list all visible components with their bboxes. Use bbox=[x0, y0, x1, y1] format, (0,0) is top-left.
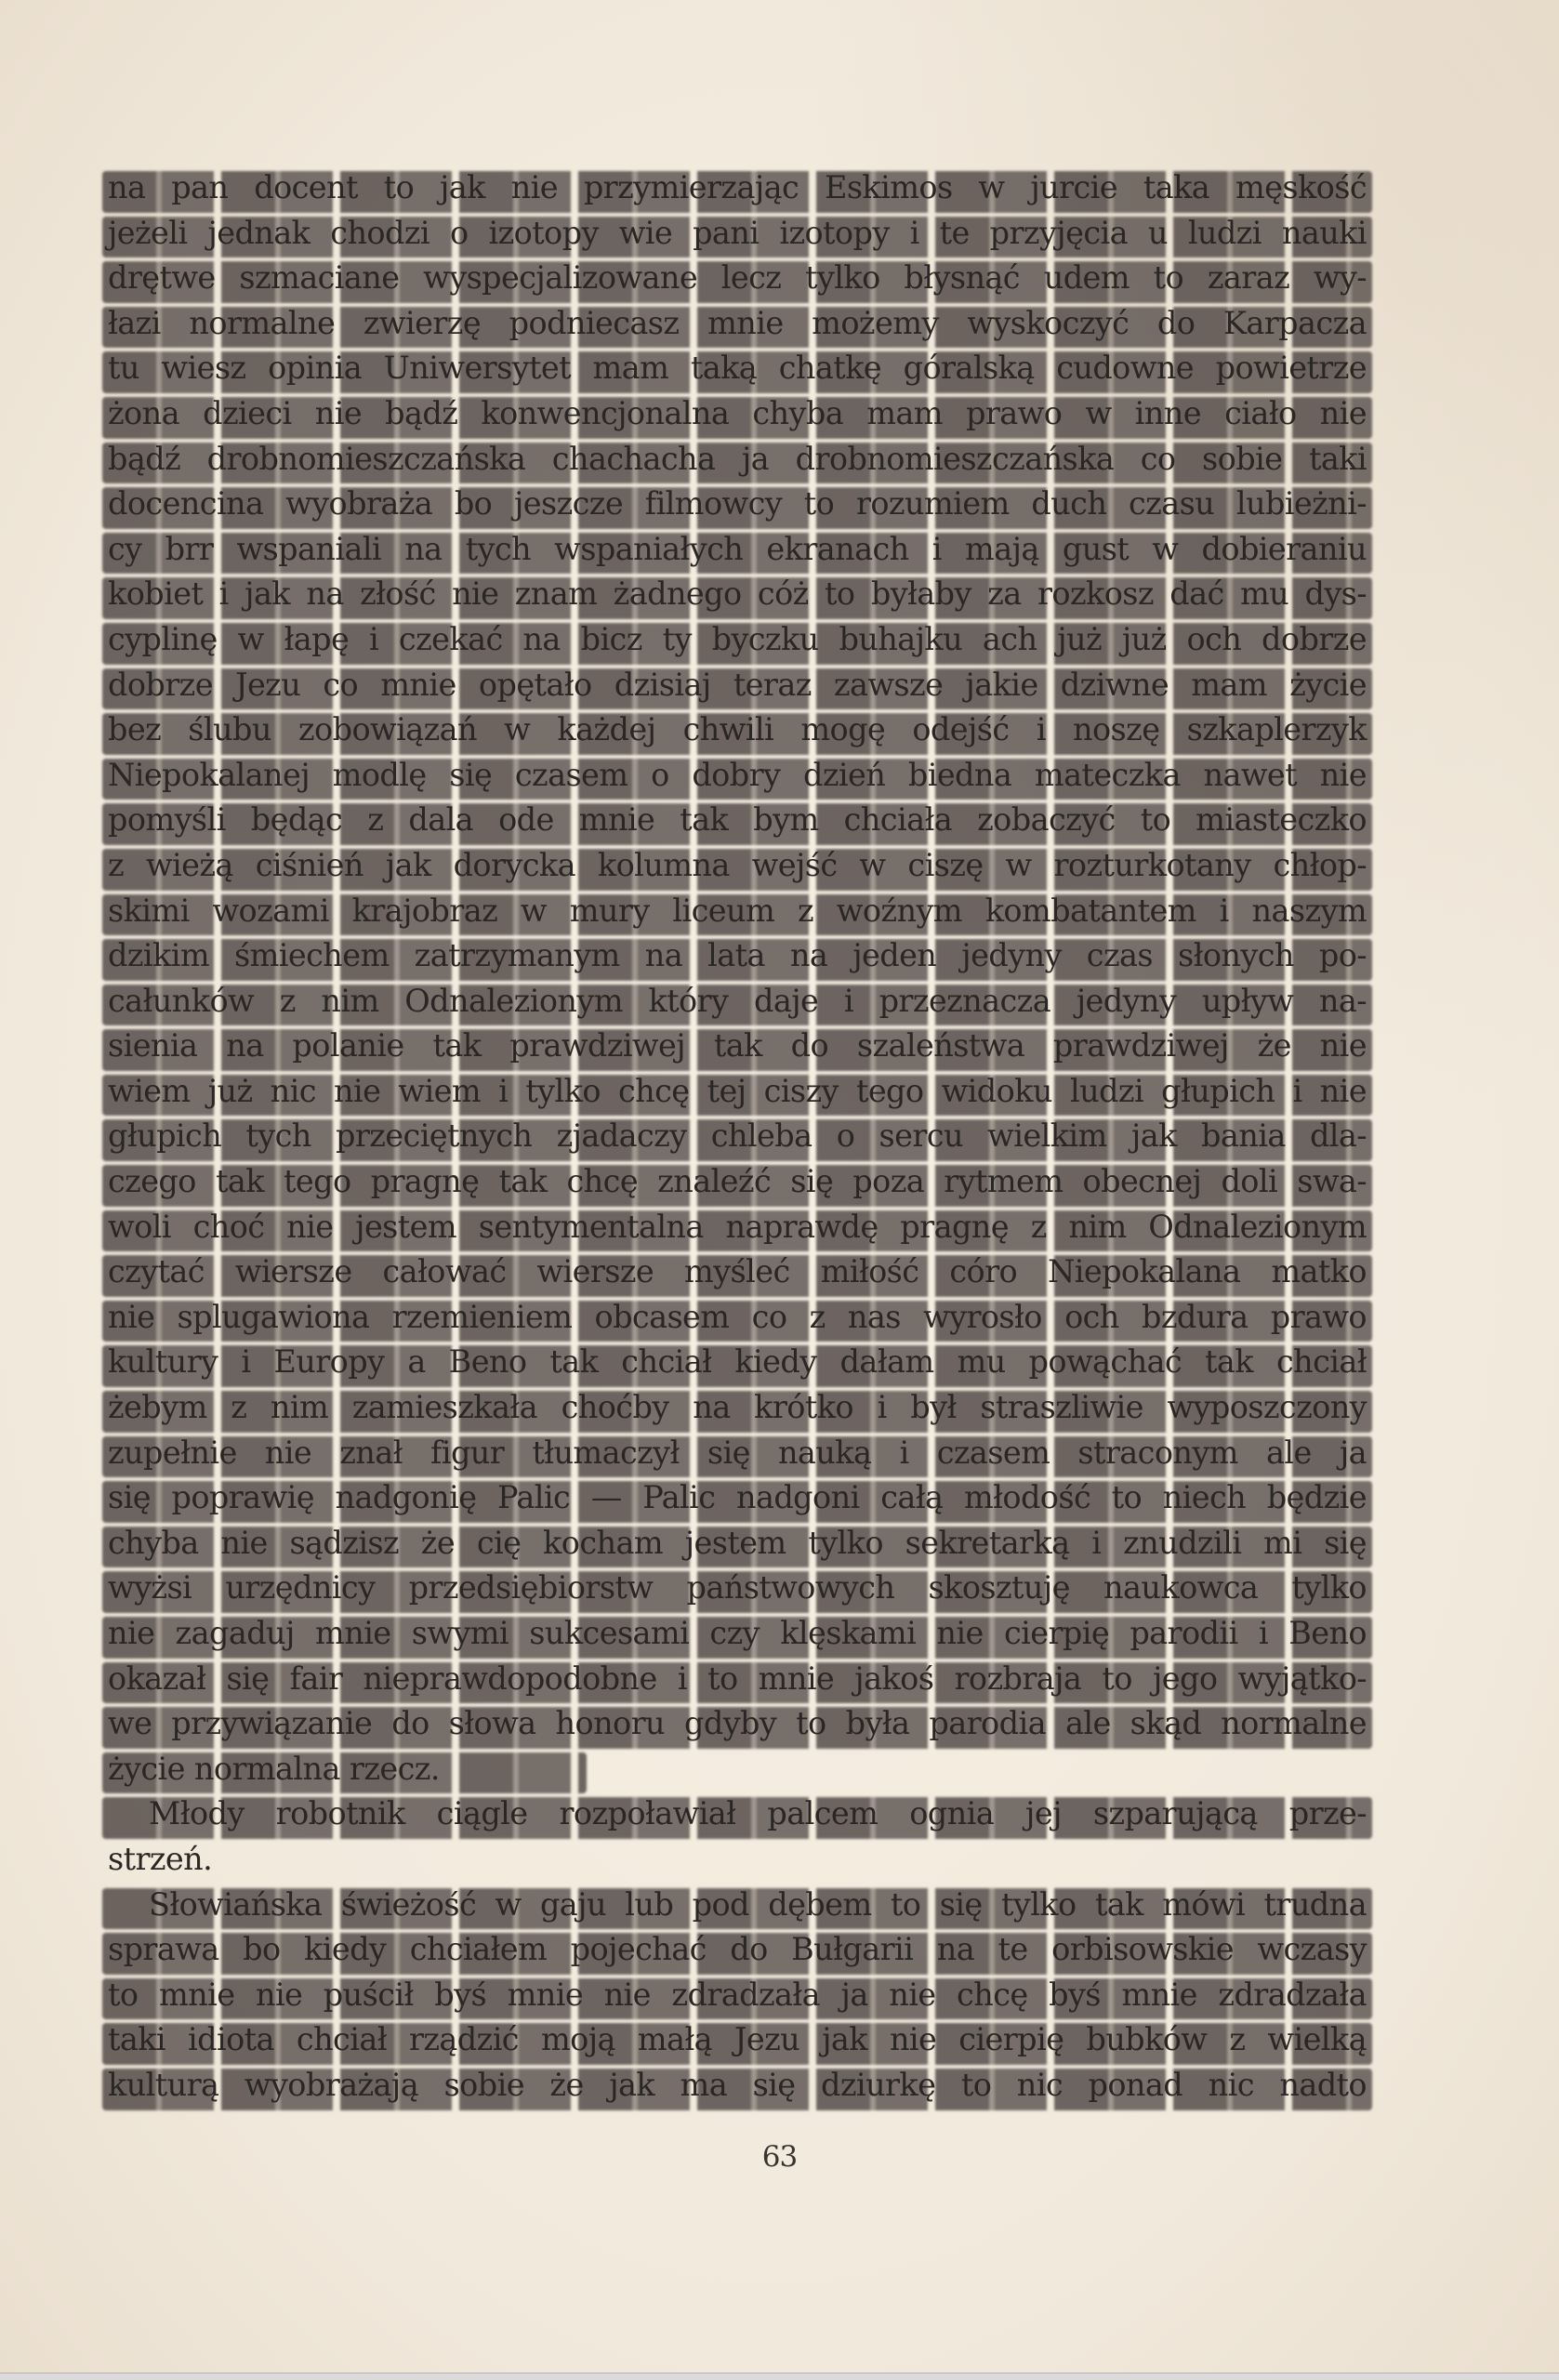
text-line: całunków z nim Odnalezionym który daje i… bbox=[108, 979, 1367, 1025]
text-line: dobrze Jezu co mnie opętało dzisiaj tera… bbox=[108, 663, 1367, 708]
text-line: bez ślubu zobowiązań w każdej chwili mog… bbox=[108, 707, 1367, 753]
text-line: cy brr wspaniali na tych wspaniałych ekr… bbox=[108, 527, 1367, 573]
text-line: sprawa bo kiedy chciałem pojechać do Buł… bbox=[108, 1927, 1367, 1973]
text-line: to mnie nie puścił byś mnie nie zdradzał… bbox=[108, 1973, 1367, 2018]
text-line: żebym z nim zamieszkała choćby na krótko… bbox=[108, 1385, 1367, 1431]
text-line: docencina wyobraża bo jeszcze filmowcy t… bbox=[108, 482, 1367, 527]
text-line: na pan docent to jak nie przymierzając E… bbox=[108, 165, 1367, 211]
page-number: 63 bbox=[0, 2140, 1559, 2174]
text-line: wyżsi urzędnicy przedsiębiorstw państwow… bbox=[108, 1566, 1367, 1611]
text-line: zupełnie nie znał figur tłumaczył się na… bbox=[108, 1431, 1367, 1476]
text-line: bądź drobnomieszczańska chachacha ja dro… bbox=[108, 437, 1367, 483]
text-line: kulturą wyobrażają sobie że jak ma się d… bbox=[108, 2063, 1367, 2109]
text-line: żona dzieci nie bądź konwencjonalna chyb… bbox=[108, 391, 1367, 437]
text-line: z wieżą ciśnień jak dorycka kolumna wejś… bbox=[108, 843, 1367, 889]
text-line: kobiet i jak na złość nie znam żadnego c… bbox=[108, 572, 1367, 617]
text-line: pomyśli będąc z dala ode mnie tak bym ch… bbox=[108, 798, 1367, 843]
text-line: chyba nie sądzisz że cię kocham jestem t… bbox=[108, 1521, 1367, 1567]
text-line: we przywiązanie do słowa honoru gdyby to… bbox=[108, 1701, 1367, 1747]
text-line: tu wiesz opinia Uniwersytet mam taką cha… bbox=[108, 346, 1367, 391]
text-line: nie zagaduj mnie swymi sukcesami czy klę… bbox=[108, 1611, 1367, 1657]
text-line: życie normalna rzecz. bbox=[108, 1747, 1367, 1792]
text-line: dzikim śmiechem zatrzymanym na lata na j… bbox=[108, 933, 1367, 979]
text-line: okazał się fair nieprawdopodobne i to mn… bbox=[108, 1657, 1367, 1702]
text-line: łazi normalne zwierzę podniecasz mnie mo… bbox=[108, 301, 1367, 347]
book-page: na pan docent to jak nie przymierzając E… bbox=[0, 0, 1559, 2373]
text-line: woli choć nie jestem sentymentalna napra… bbox=[108, 1205, 1367, 1250]
text-line: drętwe szmaciane wyspecjalizowane lecz t… bbox=[108, 256, 1367, 301]
scan-bottom-edge bbox=[0, 2373, 1559, 2380]
text-line: czytać wiersze całować wiersze myśleć mi… bbox=[108, 1249, 1367, 1295]
text-line: jeżeli jednak chodzi o izotopy wie pani … bbox=[108, 211, 1367, 257]
blackout-poem-text: na pan docent to jak nie przymierzając E… bbox=[108, 165, 1367, 2109]
text-line: kultury i Europy a Beno tak chciał kiedy… bbox=[108, 1340, 1367, 1385]
text-line: nie splugawiona rzemieniem obcasem co z … bbox=[108, 1295, 1367, 1341]
text-line: czego tak tego pragnę tak chcę znaleźć s… bbox=[108, 1159, 1367, 1205]
text-line: Młody robotnik ciągle rozpoławiał palcem… bbox=[108, 1792, 1367, 1837]
text-line: głupich tych przeciętnych zjadaczy chleb… bbox=[108, 1114, 1367, 1159]
text-line: Niepokalanej modlę się czasem o dobry dz… bbox=[108, 753, 1367, 799]
text-line: się poprawię nadgonię Palic — Palic nadg… bbox=[108, 1475, 1367, 1521]
text-line: sienia na polanie tak prawdziwej tak do … bbox=[108, 1024, 1367, 1069]
text-line: strzeń. bbox=[108, 1837, 1367, 1883]
text-line: skimi wozami krajobraz w mury liceum z w… bbox=[108, 889, 1367, 934]
text-line: wiem już nic nie wiem i tylko chcę tej c… bbox=[108, 1069, 1367, 1115]
text-line: cyplinę w łapę i czekać na bicz ty byczk… bbox=[108, 617, 1367, 663]
text-line: taki idiota chciał rządzić moją małą Jez… bbox=[108, 2017, 1367, 2063]
text-line: Słowiańska świeżość w gaju lub pod dębem… bbox=[108, 1883, 1367, 1928]
